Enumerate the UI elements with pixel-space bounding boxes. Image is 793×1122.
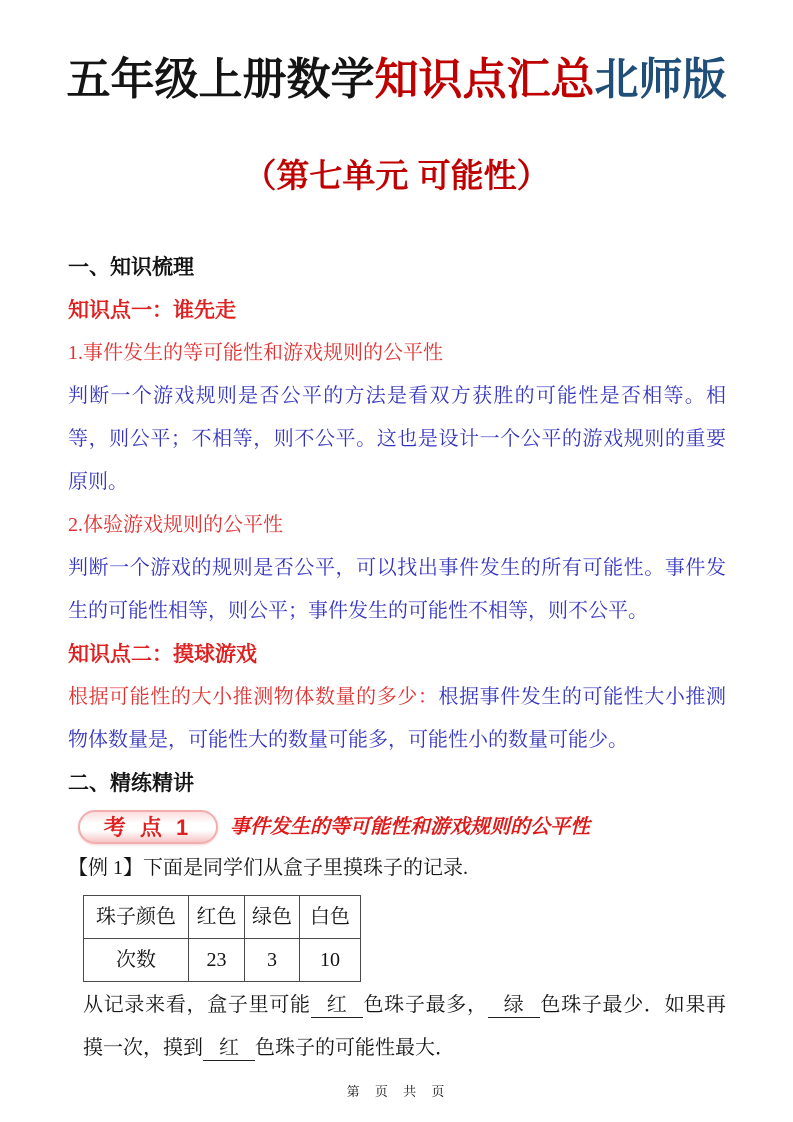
kp1-paragraph-2: 判断一个游戏的规则是否公平，可以找出事件发生的所有可能性。事件发生的可能性相等，… [68, 547, 726, 633]
document-body: 一、知识梳理 知识点一：谁先走 1.事件发生的等可能性和游戏规则的公平性 判断一… [68, 246, 726, 1070]
knowledge-point-2-heading: 知识点二：摸球游戏 [68, 633, 726, 676]
table-header-white: 白色 [300, 896, 361, 939]
knowledge-point-1-heading: 知识点一：谁先走 [68, 289, 726, 332]
table-header-green: 绿色 [245, 896, 300, 939]
kp2-paragraph: 根据可能性的大小推测物体数量的多少：根据事件发生的可能性大小推测物体数量是，可能… [68, 676, 726, 762]
table-cell-green-count: 3 [245, 939, 300, 982]
table-row: 次数 23 3 10 [84, 939, 361, 982]
section-1-heading: 一、知识梳理 [68, 246, 726, 289]
fill-seg-2: 色珠子最多， [363, 994, 488, 1016]
exam-point-badge: 考 点 1 [78, 810, 218, 844]
title-edition-part: 北师版 [595, 55, 727, 104]
table-cell-red-count: 23 [189, 939, 245, 982]
fill-seg-1: 从记录来看，盒子里可能 [83, 994, 311, 1016]
page-title: 五年级上册数学知识点汇总北师版 [0, 0, 793, 106]
section-2-heading: 二、精练精讲 [68, 762, 726, 805]
exam-point-row: 考 点 1 事件发生的等可能性和游戏规则的公平性 [78, 807, 726, 847]
page-footer: 第 页 共 页 [0, 1081, 793, 1100]
kp1-subpoint-2: 2.体验游戏规则的公平性 [68, 504, 726, 547]
exam-point-title: 事件发生的等可能性和游戏规则的公平性 [230, 806, 590, 849]
example-1-text: 下面是同学们从盒子里摸珠子的记录. [143, 857, 468, 879]
blank-answer-3: 红 [203, 1036, 255, 1061]
blank-answer-1: 红 [311, 993, 363, 1018]
table-header-bead-color: 珠子颜色 [84, 896, 189, 939]
example-1-label: 【例 1】 [68, 857, 143, 879]
table-row: 珠子颜色 红色 绿色 白色 [84, 896, 361, 939]
kp1-subpoint-1: 1.事件发生的等可能性和游戏规则的公平性 [68, 332, 726, 375]
worksheet-page: 五年级上册数学知识点汇总北师版 （第七单元 可能性） 一、知识梳理 知识点一：谁… [0, 0, 793, 1122]
blank-answer-2: 绿 [488, 993, 540, 1018]
table-row-label-count: 次数 [84, 939, 189, 982]
title-topic-part: 知识点汇总 [375, 55, 595, 104]
title-grade-part: 五年级上册数学 [67, 55, 375, 104]
table-header-red: 红色 [189, 896, 245, 939]
kp2-lead-text: 根据可能性的大小推测物体数量的多少： [68, 686, 438, 708]
fill-seg-4: 色珠子的可能性最大． [255, 1037, 455, 1059]
bead-record-table: 珠子颜色 红色 绿色 白色 次数 23 3 10 [83, 895, 361, 982]
table-cell-white-count: 10 [300, 939, 361, 982]
example-1-line: 【例 1】下面是同学们从盒子里摸珠子的记录. [68, 847, 726, 890]
fill-in-blank-paragraph: 从记录来看，盒子里可能红色珠子最多，绿色珠子最少．如果再摸一次，摸到红色珠子的可… [83, 984, 726, 1070]
page-subtitle: （第七单元 可能性） [0, 152, 793, 200]
kp1-paragraph-1: 判断一个游戏规则是否公平的方法是看双方获胜的可能性是否相等。相等，则公平；不相等… [68, 375, 726, 504]
